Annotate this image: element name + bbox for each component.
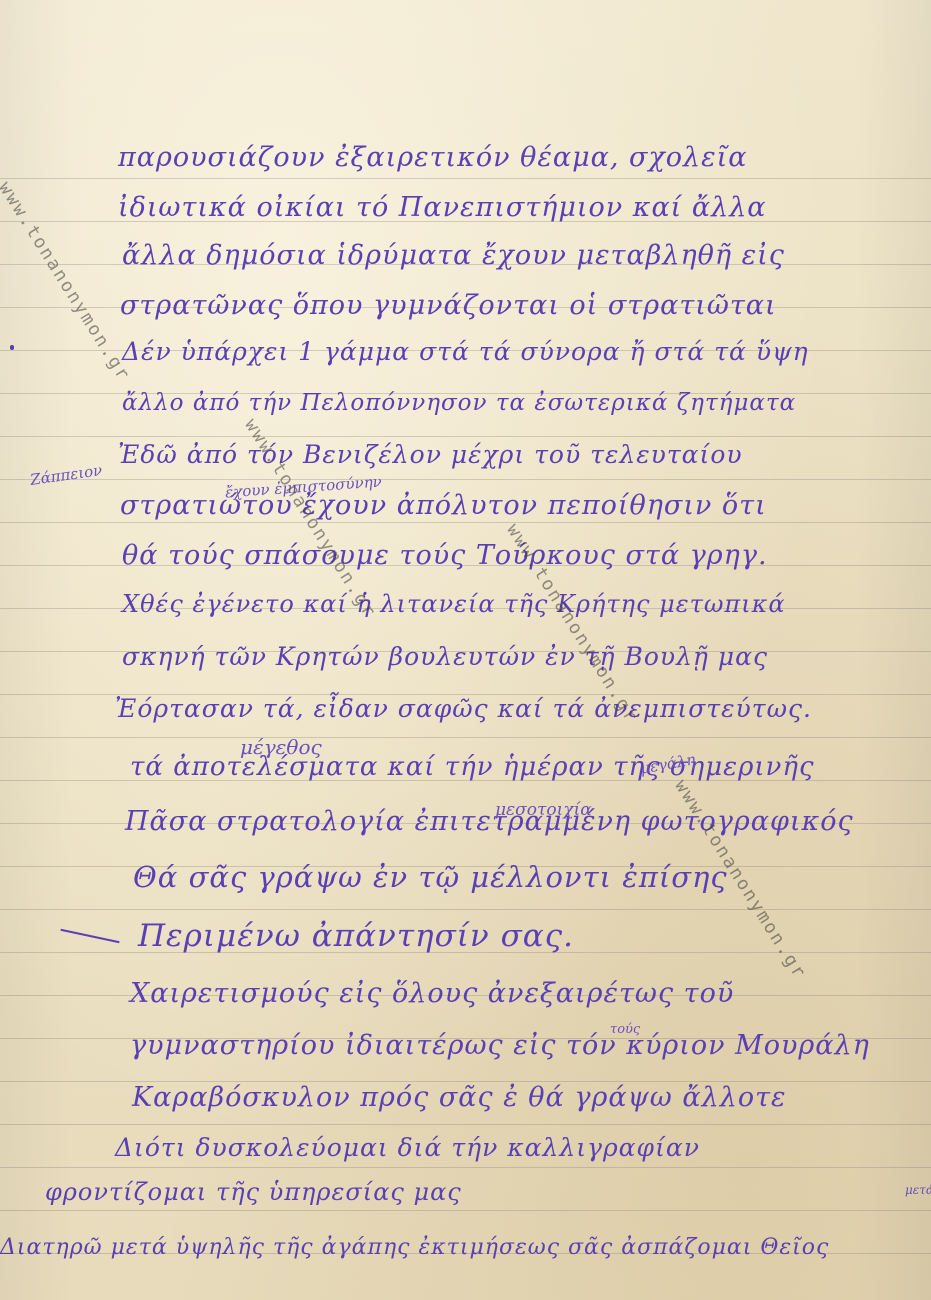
interlinear-annotation: μεσοτοιχία [495, 800, 592, 820]
ruled-line [0, 522, 931, 523]
ruled-line [0, 1210, 931, 1211]
ruled-line [0, 1167, 931, 1168]
handwritten-line: Θά σᾶς γράψω ἐν τῷ μέλλοντι ἐπίσης [133, 860, 728, 894]
watermark-text: www.tonanonymon.gr [0, 178, 134, 385]
margin-dash [60, 929, 119, 943]
handwritten-line: στρατιώτου ἔχουν ἀπόλυτον πεποίθησιν ὅτι [120, 490, 767, 521]
ink-dot [10, 345, 14, 350]
handwritten-line: θά τούς σπάσουμε τούς Τούρκους στά γρηγ. [122, 540, 768, 571]
margin-note: Ζάππειον [29, 461, 103, 489]
handwritten-line: Χαιρετισμούς εἰς ὅλους ἀνεξαιρέτως τοῦ [130, 978, 734, 1009]
handwritten-line: ἄλλο ἀπό τήν Πελοπόννησον τα ἐσωτερικά ζ… [122, 390, 796, 416]
handwritten-line: ἰδιωτικά οἰκίαι τό Πανεπιστήμιον καί ἄλλ… [118, 192, 767, 223]
handwritten-line: Δέν ὑπάρχει 1 γάμμα στά τά σύνορα ἤ στά … [122, 337, 809, 366]
ruled-line [0, 436, 931, 437]
handwritten-line: Χθές ἐγένετο καί ἡ λιτανεία τῆς Κρήτης μ… [122, 590, 786, 618]
handwritten-line: στρατῶνας ὅπου γυμνάζονται οἱ στρατιῶται [120, 290, 777, 321]
handwritten-line: Πᾶσα στρατολογία ἐπιτετραμμένη φωτογραφι… [125, 806, 854, 837]
handwritten-line: Διατηρῶ μετά ὑψηλῆς τῆς ἀγάπης ἐκτιμήσεω… [0, 1235, 829, 1260]
ruled-line [0, 178, 931, 179]
handwritten-line: Διότι δυσκολεύομαι διά τήν καλλιγραφίαν [115, 1133, 700, 1162]
interlinear-annotation: μέγεθος [240, 735, 322, 759]
handwritten-line: σκηνή τῶν Κρητών βουλευτών ἐν τῇ Βουλῇ μ… [122, 642, 768, 671]
ruled-line [0, 1124, 931, 1125]
handwritten-line: ἄλλα δημόσια ἱδρύματα ἔχουν μεταβληθῆ εἰ… [122, 240, 785, 271]
ruled-line [0, 909, 931, 910]
interlinear-annotation: μετά [905, 1183, 931, 1197]
handwritten-line: γυμναστηρίου ἰδιαιτέρως εἰς τόν κύριον Μ… [130, 1030, 870, 1061]
handwritten-line: Ἐδῶ ἀπό τόν Βενιζέλον μέχρι τοῦ τελευταί… [118, 440, 743, 469]
handwritten-line: Ἐόρτασαν τά, εἶδαν σαφῶς καί τά ἀνεμπιστ… [115, 694, 812, 723]
handwritten-line: φροντίζομαι τῆς ὑπηρεσίας μας [45, 1178, 462, 1206]
interlinear-annotation: τούς [610, 1022, 640, 1037]
handwritten-line: παρουσιάζουν ἐξαιρετικόν θέαμα, σχολεῖα [118, 142, 747, 173]
handwritten-line: Περιμένω ἀπάντησίν σας. [138, 918, 574, 954]
letter-page: παρουσιάζουν ἐξαιρετικόν θέαμα, σχολεῖα … [0, 0, 931, 1300]
handwritten-line: τά ἀποτελέσματα καί τήν ἡμέραν τῆς σημερ… [130, 752, 815, 782]
handwritten-line: Καραβόσκυλον πρός σᾶς ἐ θά γράψω ἄλλοτε [132, 1082, 787, 1113]
ruled-line [0, 479, 931, 480]
ruled-line [0, 737, 931, 738]
